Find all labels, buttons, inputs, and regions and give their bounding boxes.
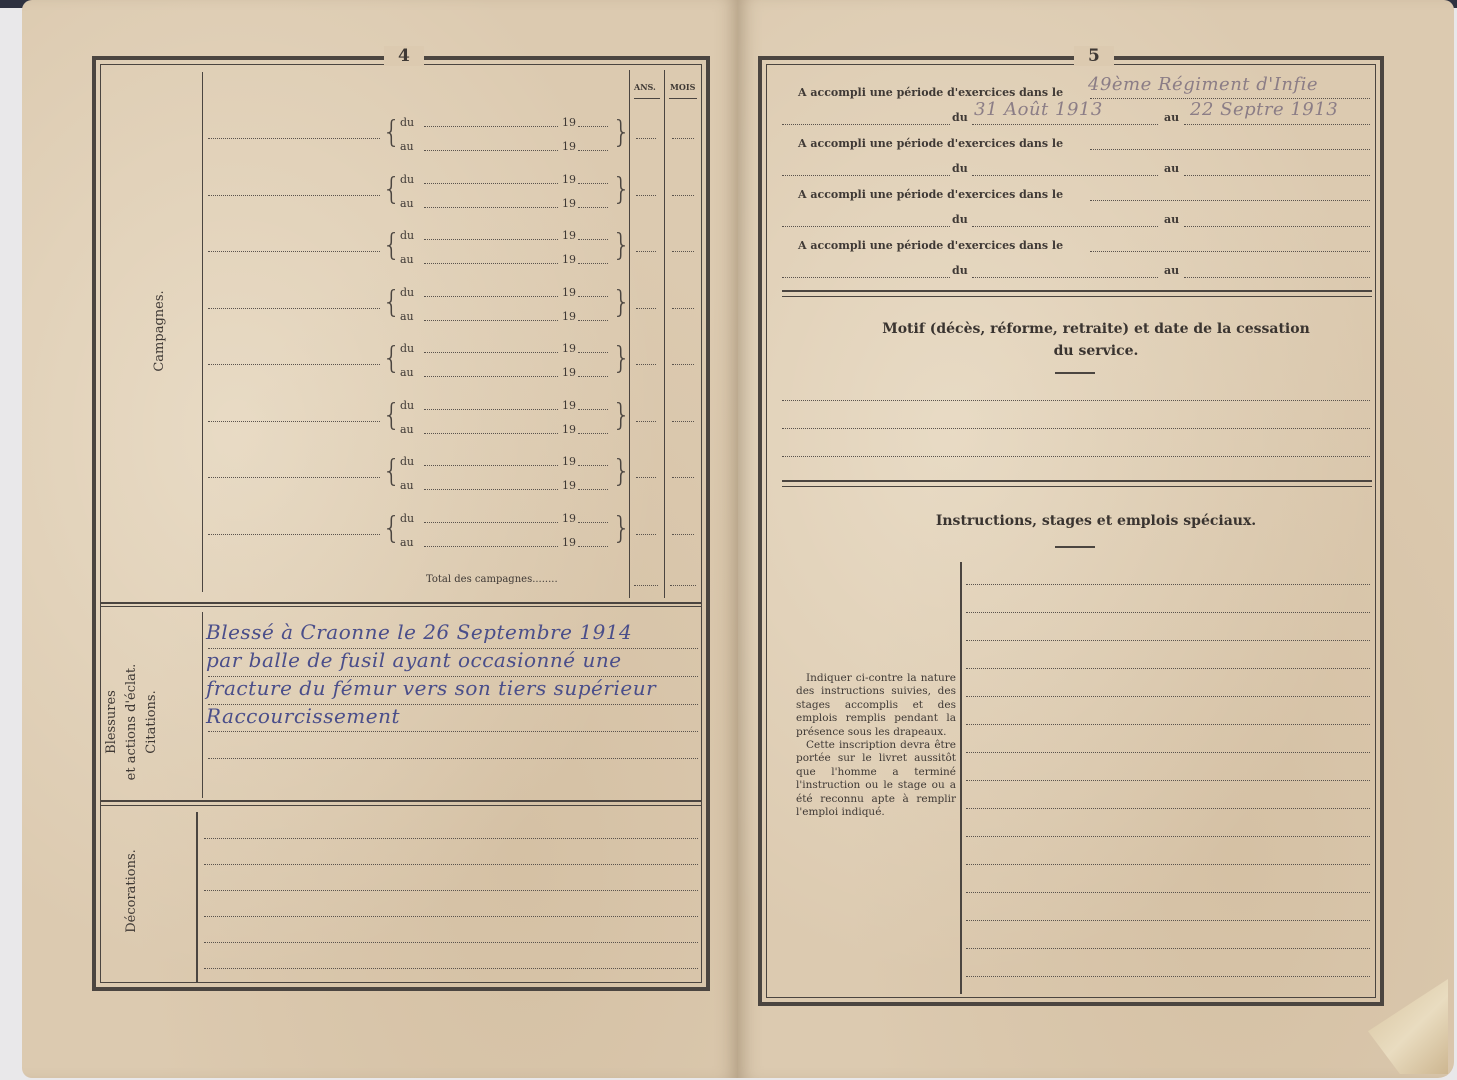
- decorations-line[interactable]: [204, 864, 698, 865]
- from-label: du: [952, 264, 968, 277]
- to-date-field[interactable]: [424, 263, 558, 264]
- instruction-line[interactable]: [966, 836, 1370, 837]
- to-label: au: [1164, 162, 1179, 175]
- handwritten-wound-line: fracture du fémur vers son tiers supérie…: [206, 676, 656, 700]
- brace-icon: }: [612, 175, 631, 205]
- campaign-name-field[interactable]: [208, 195, 380, 196]
- from-date-field[interactable]: [424, 239, 558, 240]
- exercise-line[interactable]: [782, 124, 950, 125]
- from-date-field[interactable]: [424, 522, 558, 523]
- year-prefix: 19: [562, 286, 576, 299]
- brace-icon: {: [382, 401, 401, 431]
- from-label: du: [400, 173, 414, 186]
- years-field[interactable]: [636, 195, 656, 196]
- instruction-line[interactable]: [966, 948, 1370, 949]
- cessation-title-line: Motif (décès, réforme, retraite) et date…: [738, 318, 1454, 340]
- exercise-from-field[interactable]: [972, 124, 1158, 125]
- handwritten-wound-line: par balle de fusil ayant occasionné une: [206, 648, 622, 672]
- from-date-field[interactable]: [424, 409, 558, 410]
- from-label: du: [952, 162, 968, 175]
- instruction-line[interactable]: [966, 864, 1370, 865]
- instruction-line[interactable]: [966, 696, 1370, 697]
- handwritten-to-date: 22 Septre 1913: [1190, 99, 1338, 120]
- campaigns-label: Campagnes.: [149, 261, 171, 401]
- decorations-line[interactable]: [204, 942, 698, 943]
- to-year-field[interactable]: [578, 207, 608, 208]
- months-column-header: MOIS: [670, 82, 695, 92]
- wounds-label-line: Citations.: [142, 622, 162, 822]
- from-date-field[interactable]: [424, 183, 558, 184]
- months-field[interactable]: [672, 477, 694, 478]
- instruction-line[interactable]: [966, 892, 1370, 893]
- from-date-field[interactable]: [424, 465, 558, 466]
- years-field[interactable]: [636, 421, 656, 422]
- instructions-note-paragraph: Indiquer ci-contre la nature des instruc…: [796, 672, 956, 739]
- months-field[interactable]: [672, 251, 694, 252]
- handwritten-unit: 49ème Régiment d'Infie: [1088, 74, 1318, 95]
- year-prefix: 19: [562, 399, 576, 412]
- exercise-period-label: A accompli une période d'exercices dans …: [798, 239, 1063, 252]
- rule: [669, 98, 697, 99]
- campaign-name-field[interactable]: [208, 364, 380, 365]
- wounds-label-line: et actions d'éclat.: [122, 622, 142, 822]
- notes-divider: [960, 562, 962, 994]
- campaign-name-field[interactable]: [208, 251, 380, 252]
- to-label: au: [400, 536, 414, 549]
- year-prefix: 19: [562, 140, 576, 153]
- exercise-line[interactable]: [782, 175, 950, 176]
- from-label: du: [952, 111, 968, 124]
- handwritten-wound-line: Blessé à Craonne le 26 Septembre 1914: [206, 620, 632, 644]
- right-page: 5 A accompli une période d'exercices dan…: [738, 0, 1454, 1078]
- section-divider: [100, 606, 702, 607]
- months-field[interactable]: [672, 534, 694, 535]
- from-date-field[interactable]: [424, 126, 558, 127]
- exercise-period-label: A accompli une période d'exercices dans …: [798, 86, 1063, 99]
- to-date-field[interactable]: [424, 207, 558, 208]
- decorations-label: Décorations.: [121, 821, 143, 961]
- brace-icon: }: [612, 288, 631, 318]
- year-prefix: 19: [562, 116, 576, 129]
- to-label: au: [400, 366, 414, 379]
- page-number: 5: [1074, 46, 1114, 66]
- total-years-field[interactable]: [634, 585, 658, 586]
- section-divider: [782, 480, 1372, 482]
- to-date-field[interactable]: [424, 150, 558, 151]
- to-label: au: [1164, 264, 1179, 277]
- page-number: 4: [384, 46, 424, 66]
- from-year-field[interactable]: [578, 183, 608, 184]
- decorations-line[interactable]: [204, 838, 698, 839]
- to-date-field[interactable]: [424, 546, 558, 547]
- to-label: au: [400, 423, 414, 436]
- years-column-header: ANS.: [634, 82, 656, 92]
- brace-icon: }: [612, 457, 631, 487]
- year-prefix: 19: [562, 512, 576, 525]
- brace-icon: {: [382, 344, 401, 374]
- to-year-field[interactable]: [578, 376, 608, 377]
- exercise-to-field[interactable]: [1184, 226, 1370, 227]
- instruction-line[interactable]: [966, 920, 1370, 921]
- months-field[interactable]: [672, 138, 694, 139]
- from-label: du: [400, 116, 414, 129]
- year-prefix: 19: [562, 253, 576, 266]
- column-divider: [664, 70, 665, 598]
- instruction-line[interactable]: [966, 640, 1370, 641]
- year-prefix: 19: [562, 366, 576, 379]
- from-date-field[interactable]: [424, 352, 558, 353]
- exercise-to-field[interactable]: [1184, 124, 1370, 125]
- decorations-line[interactable]: [204, 916, 698, 917]
- exercise-to-field[interactable]: [1184, 175, 1370, 176]
- years-field[interactable]: [636, 364, 656, 365]
- years-field[interactable]: [636, 534, 656, 535]
- from-year-field[interactable]: [578, 239, 608, 240]
- section-divider: [782, 486, 1372, 487]
- year-prefix: 19: [562, 455, 576, 468]
- ornament-dash: [1055, 372, 1095, 374]
- exercise-to-field[interactable]: [1184, 277, 1370, 278]
- campaign-name-field[interactable]: [208, 477, 380, 478]
- campaign-name-field[interactable]: [208, 534, 380, 535]
- brace-icon: {: [382, 118, 401, 148]
- wounds-line[interactable]: [208, 731, 698, 732]
- brace-icon: {: [382, 514, 401, 544]
- brace-icon: }: [612, 231, 631, 261]
- to-label: au: [1164, 111, 1179, 124]
- instruction-line[interactable]: [966, 752, 1370, 753]
- to-year-field[interactable]: [578, 263, 608, 264]
- brace-icon: {: [382, 175, 401, 205]
- to-year-field[interactable]: [578, 320, 608, 321]
- handwritten-wound-line: Raccourcissement: [206, 704, 400, 728]
- instructions-note: Indiquer ci-contre la nature des instruc…: [796, 672, 956, 819]
- section-divider: [100, 602, 702, 604]
- years-field[interactable]: [636, 477, 656, 478]
- from-year-field[interactable]: [578, 296, 608, 297]
- exercise-unit-field[interactable]: [1090, 149, 1370, 150]
- label-divider: [196, 812, 198, 982]
- from-label: du: [400, 455, 414, 468]
- to-date-field[interactable]: [424, 433, 558, 434]
- campaign-name-field[interactable]: [208, 138, 380, 139]
- wounds-label-line: Blessures: [102, 622, 122, 822]
- years-field[interactable]: [636, 308, 656, 309]
- section-divider: [782, 290, 1372, 292]
- from-year-field[interactable]: [578, 522, 608, 523]
- label-divider: [202, 612, 203, 798]
- years-field[interactable]: [636, 138, 656, 139]
- exercise-period-label: A accompli une période d'exercices dans …: [798, 188, 1063, 201]
- label-divider: [202, 72, 203, 592]
- brace-icon: }: [612, 514, 631, 544]
- to-date-field[interactable]: [424, 320, 558, 321]
- to-date-field[interactable]: [424, 489, 558, 490]
- decorations-line[interactable]: [204, 890, 698, 891]
- left-page: 4 ANS. MOIS Campagnes. {du19au19}{du19au…: [22, 0, 738, 1078]
- months-field[interactable]: [672, 308, 694, 309]
- to-year-field[interactable]: [578, 489, 608, 490]
- brace-icon: {: [382, 231, 401, 261]
- wounds-label: Blessures et actions d'éclat. Citations.: [102, 622, 162, 822]
- exercise-from-field[interactable]: [972, 277, 1158, 278]
- year-prefix: 19: [562, 197, 576, 210]
- to-label: au: [1164, 213, 1179, 226]
- from-date-field[interactable]: [424, 296, 558, 297]
- months-field[interactable]: [672, 195, 694, 196]
- from-label: du: [400, 229, 414, 242]
- section-divider: [100, 800, 702, 802]
- brace-icon: }: [612, 344, 631, 374]
- handwritten-from-date: 31 Août 1913: [974, 99, 1103, 120]
- from-label: du: [952, 213, 968, 226]
- from-label: du: [400, 342, 414, 355]
- total-campaigns-label: Total des campagnes........: [426, 574, 558, 585]
- brace-icon: {: [382, 288, 401, 318]
- instruction-line[interactable]: [966, 780, 1370, 781]
- year-prefix: 19: [562, 536, 576, 549]
- from-year-field[interactable]: [578, 465, 608, 466]
- year-prefix: 19: [562, 229, 576, 242]
- campaign-name-field[interactable]: [208, 308, 380, 309]
- cessation-line[interactable]: [782, 456, 1370, 457]
- instruction-line[interactable]: [966, 724, 1370, 725]
- exercise-from-field[interactable]: [972, 175, 1158, 176]
- instruction-line[interactable]: [966, 668, 1370, 669]
- rule: [634, 98, 660, 99]
- to-label: au: [400, 197, 414, 210]
- from-year-field[interactable]: [578, 352, 608, 353]
- section-divider: [100, 805, 702, 806]
- exercise-line[interactable]: [782, 277, 950, 278]
- wounds-line[interactable]: [208, 758, 698, 759]
- year-prefix: 19: [562, 310, 576, 323]
- campaign-name-field[interactable]: [208, 421, 380, 422]
- year-prefix: 19: [562, 423, 576, 436]
- to-year-field[interactable]: [578, 546, 608, 547]
- brace-icon: {: [382, 457, 401, 487]
- to-year-field[interactable]: [578, 433, 608, 434]
- decorations-line[interactable]: [204, 968, 698, 969]
- to-date-field[interactable]: [424, 376, 558, 377]
- instruction-line[interactable]: [966, 612, 1370, 613]
- to-label: au: [400, 479, 414, 492]
- exercise-line[interactable]: [782, 226, 950, 227]
- from-label: du: [400, 399, 414, 412]
- exercise-period-label: A accompli une période d'exercices dans …: [798, 137, 1063, 150]
- instruction-line[interactable]: [966, 808, 1370, 809]
- total-months-field[interactable]: [670, 585, 696, 586]
- ornament-dash: [1055, 546, 1095, 548]
- to-label: au: [400, 253, 414, 266]
- to-label: au: [400, 310, 414, 323]
- from-label: du: [400, 286, 414, 299]
- brace-icon: }: [612, 118, 631, 148]
- exercise-unit-field[interactable]: [1090, 200, 1370, 201]
- months-field[interactable]: [672, 364, 694, 365]
- year-prefix: 19: [562, 173, 576, 186]
- cessation-title-line: du service.: [738, 340, 1454, 362]
- instructions-note-paragraph: Cette inscription devra être portée sur …: [796, 739, 956, 819]
- from-year-field[interactable]: [578, 126, 608, 127]
- cessation-line[interactable]: [782, 428, 1370, 429]
- to-label: au: [400, 140, 414, 153]
- brace-icon: }: [612, 401, 631, 431]
- year-prefix: 19: [562, 479, 576, 492]
- instruction-line[interactable]: [966, 584, 1370, 585]
- year-prefix: 19: [562, 342, 576, 355]
- exercise-from-field[interactable]: [972, 226, 1158, 227]
- instructions-title: Instructions, stages et emplois spéciaux…: [738, 510, 1454, 532]
- exercise-unit-field[interactable]: [1090, 251, 1370, 252]
- from-label: du: [400, 512, 414, 525]
- from-year-field[interactable]: [578, 409, 608, 410]
- to-year-field[interactable]: [578, 150, 608, 151]
- cessation-title: Motif (décès, réforme, retraite) et date…: [738, 318, 1454, 362]
- years-field[interactable]: [636, 251, 656, 252]
- months-field[interactable]: [672, 421, 694, 422]
- cessation-line[interactable]: [782, 400, 1370, 401]
- instruction-line[interactable]: [966, 976, 1370, 977]
- section-divider: [782, 296, 1372, 297]
